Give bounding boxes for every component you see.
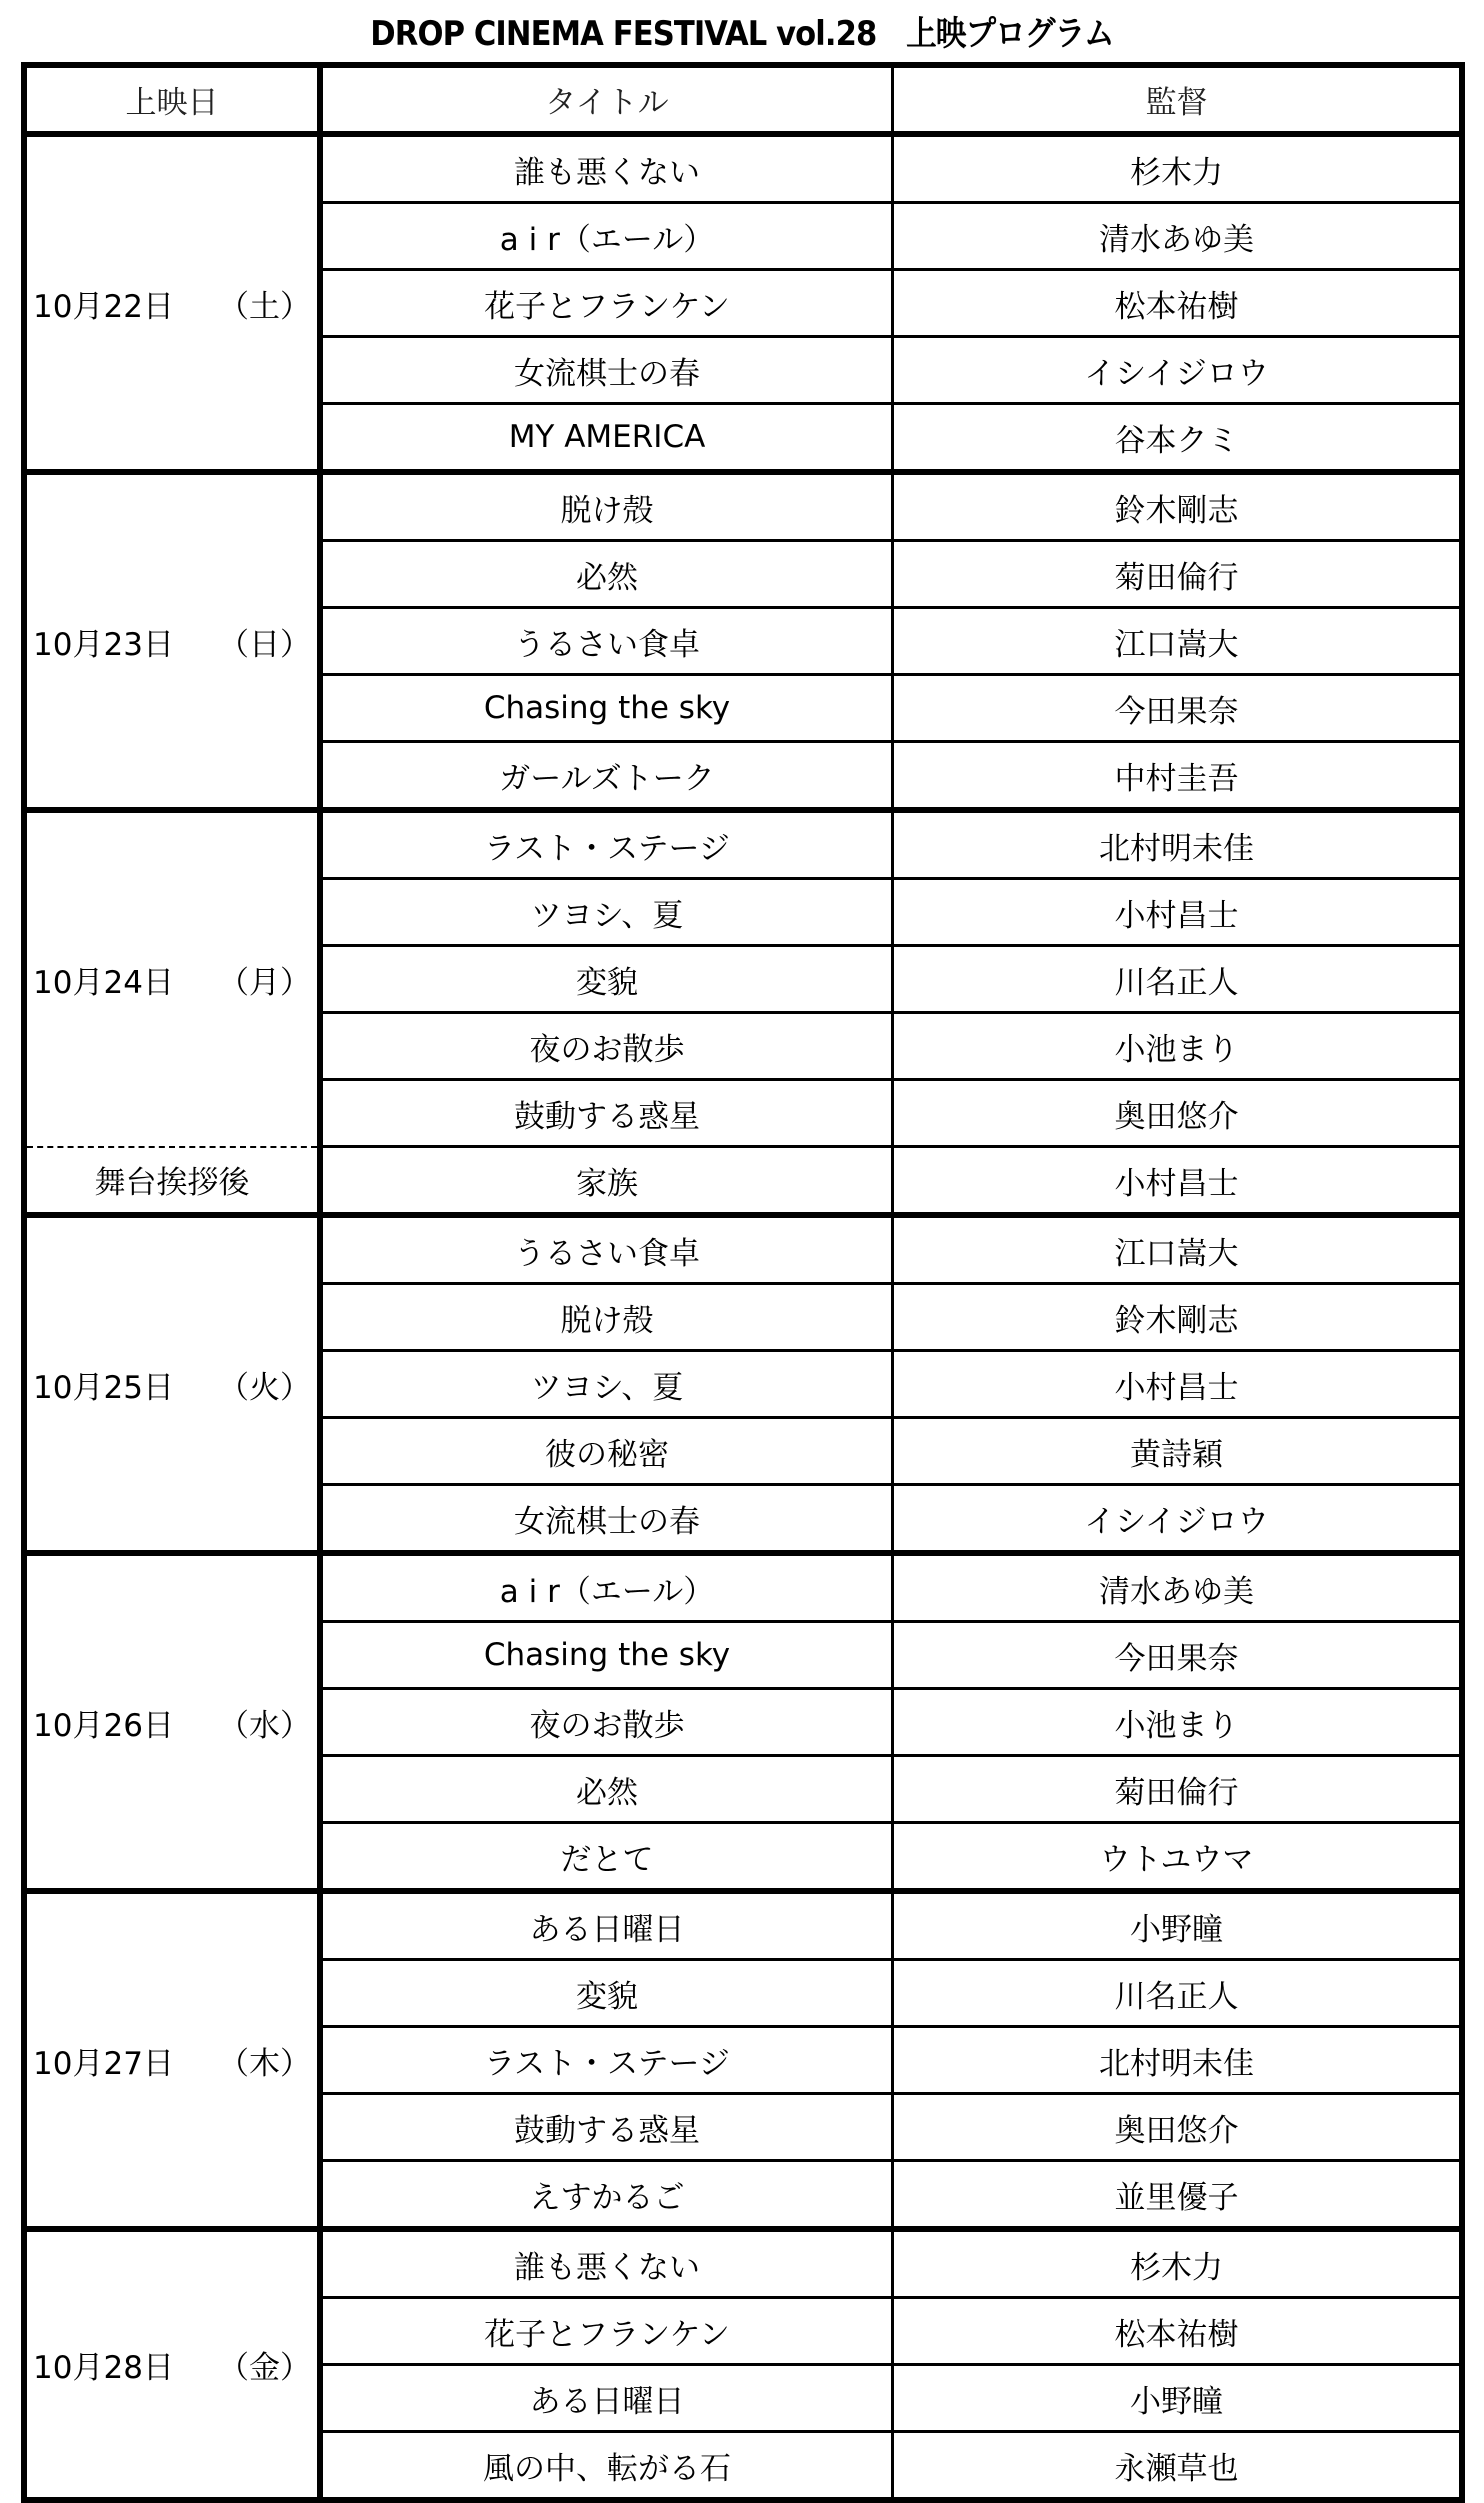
film-title: 変貌 — [320, 1960, 893, 2027]
film-director: 清水あゆ美 — [893, 203, 1463, 270]
film-director: 江口嵩大 — [893, 1215, 1463, 1284]
date-label: 10月25日 — [33, 1370, 174, 1406]
film-director: 今田果奈 — [893, 1622, 1463, 1689]
film-director: 鈴木剛志 — [893, 1284, 1463, 1351]
table-row: 10月22日（土）誰も悪くない杉木力 — [24, 134, 1462, 203]
film-director: 菊田倫行 — [893, 1756, 1463, 1823]
film-director: ウトユウマ — [893, 1823, 1463, 1892]
film-director: イシイジロウ — [893, 337, 1463, 404]
table-row: 10月26日（水）a i r（エール）清水あゆ美 — [24, 1553, 1462, 1622]
date-label: 10月26日 — [33, 1708, 174, 1744]
film-director: 杉木力 — [893, 134, 1463, 203]
film-title: 風の中、転がる石 — [320, 2432, 893, 2501]
film-title: 夜のお散歩 — [320, 1013, 893, 1080]
film-title: Chasing the sky — [320, 675, 893, 742]
date-cell: 10月26日（水） — [24, 1553, 320, 1891]
film-director: 鈴木剛志 — [893, 472, 1463, 541]
weekday-label: （木） — [218, 2046, 311, 2082]
date-cell: 10月23日（日） — [24, 472, 320, 810]
date-label: 10月27日 — [33, 2046, 174, 2082]
film-director: 永瀬草也 — [893, 2432, 1463, 2501]
film-title: 必然 — [320, 1756, 893, 1823]
page-title: DROP CINEMA FESTIVAL vol.28 上映プログラム — [74, 6, 1410, 55]
weekday-label: （火） — [218, 1370, 311, 1406]
film-title: ガールズトーク — [320, 742, 893, 811]
film-director: 小村昌士 — [893, 879, 1463, 946]
film-director: 中村圭吾 — [893, 742, 1463, 811]
film-title: ツヨシ、夏 — [320, 879, 893, 946]
film-director: 江口嵩大 — [893, 608, 1463, 675]
film-title: 彼の秘密 — [320, 1418, 893, 1485]
film-title: 誰も悪くない — [320, 134, 893, 203]
film-title: 必然 — [320, 541, 893, 608]
film-director: 小野瞳 — [893, 2365, 1463, 2432]
film-director: 清水あゆ美 — [893, 1553, 1463, 1622]
film-director: 小野瞳 — [893, 1891, 1463, 1960]
film-title: 脱け殻 — [320, 472, 893, 541]
program-table: 上映日 タイトル 監督 10月22日（土）誰も悪くない杉木力a i r（エール）… — [21, 62, 1465, 2503]
weekday-label: （金） — [218, 2350, 311, 2386]
weekday-label: （土） — [218, 289, 311, 325]
date-cell: 10月22日（土） — [24, 134, 320, 472]
film-director: 北村明未佳 — [893, 810, 1463, 879]
date-cell: 10月24日（月） — [24, 810, 320, 1147]
film-title: うるさい食卓 — [320, 1215, 893, 1284]
film-title: えすかるご — [320, 2161, 893, 2230]
film-title: 女流棋士の春 — [320, 337, 893, 404]
film-title: 女流棋士の春 — [320, 1485, 893, 1554]
date-label: 10月23日 — [33, 627, 174, 663]
film-title: MY AMERICA — [320, 404, 893, 473]
film-title: 夜のお散歩 — [320, 1689, 893, 1756]
film-title: ツヨシ、夏 — [320, 1351, 893, 1418]
film-director: 小村昌士 — [893, 1351, 1463, 1418]
film-title: 誰も悪くない — [320, 2229, 893, 2298]
table-row: 10月27日（木）ある日曜日小野瞳 — [24, 1891, 1462, 1960]
weekday-label: （日） — [218, 627, 311, 663]
date-cell: 10月25日（火） — [24, 1215, 320, 1553]
film-director: 小池まり — [893, 1689, 1463, 1756]
film-title: 鼓動する惑星 — [320, 2094, 893, 2161]
film-director: 今田果奈 — [893, 675, 1463, 742]
film-director: イシイジロウ — [893, 1485, 1463, 1554]
film-director: 川名正人 — [893, 946, 1463, 1013]
film-title: ある日曜日 — [320, 1891, 893, 1960]
weekday-label: （水） — [218, 1708, 311, 1744]
header-title: タイトル — [320, 65, 893, 134]
film-title: ラスト・ステージ — [320, 810, 893, 879]
film-title: a i r（エール） — [320, 1553, 893, 1622]
film-director: 谷本クミ — [893, 404, 1463, 473]
film-title: 変貌 — [320, 946, 893, 1013]
film-director: 松本祐樹 — [893, 270, 1463, 337]
film-director: 松本祐樹 — [893, 2298, 1463, 2365]
film-title: ラスト・ステージ — [320, 2027, 893, 2094]
film-director: 菊田倫行 — [893, 541, 1463, 608]
film-title: ある日曜日 — [320, 2365, 893, 2432]
film-title: 花子とフランケン — [320, 270, 893, 337]
table-row: 舞台挨拶後家族小村昌士 — [24, 1147, 1462, 1216]
table-row: 10月25日（火）うるさい食卓江口嵩大 — [24, 1215, 1462, 1284]
film-title: 鼓動する惑星 — [320, 1080, 893, 1147]
film-title: うるさい食卓 — [320, 608, 893, 675]
header-date: 上映日 — [24, 65, 320, 134]
film-title: Chasing the sky — [320, 1622, 893, 1689]
film-director: 小村昌士 — [893, 1147, 1463, 1216]
date-cell: 10月27日（木） — [24, 1891, 320, 2229]
film-title: だとて — [320, 1823, 893, 1892]
header-row: 上映日 タイトル 監督 — [24, 65, 1462, 134]
film-director: 川名正人 — [893, 1960, 1463, 2027]
film-director: 奥田悠介 — [893, 1080, 1463, 1147]
film-director: 黄詩穎 — [893, 1418, 1463, 1485]
date-cell: 10月28日（金） — [24, 2229, 320, 2500]
film-title: 脱け殻 — [320, 1284, 893, 1351]
date-label: 10月22日 — [33, 289, 174, 325]
film-director: 杉木力 — [893, 2229, 1463, 2298]
film-title: 家族 — [320, 1147, 893, 1216]
film-director: 奥田悠介 — [893, 2094, 1463, 2161]
program-body: 10月22日（土）誰も悪くない杉木力a i r（エール）清水あゆ美花子とフランケ… — [24, 134, 1462, 2500]
film-title: 花子とフランケン — [320, 2298, 893, 2365]
film-title: a i r（エール） — [320, 203, 893, 270]
weekday-label: （月） — [218, 965, 311, 1001]
table-row: 10月28日（金）誰も悪くない杉木力 — [24, 2229, 1462, 2298]
date-label: 10月24日 — [33, 965, 174, 1001]
film-director: 並里優子 — [893, 2161, 1463, 2230]
date-label: 10月28日 — [33, 2350, 174, 2386]
table-row: 10月23日（日）脱け殻鈴木剛志 — [24, 472, 1462, 541]
table-row: 10月24日（月）ラスト・ステージ北村明未佳 — [24, 810, 1462, 879]
film-director: 北村明未佳 — [893, 2027, 1463, 2094]
extra-label: 舞台挨拶後 — [24, 1147, 320, 1216]
film-director: 小池まり — [893, 1013, 1463, 1080]
header-director: 監督 — [893, 65, 1463, 134]
